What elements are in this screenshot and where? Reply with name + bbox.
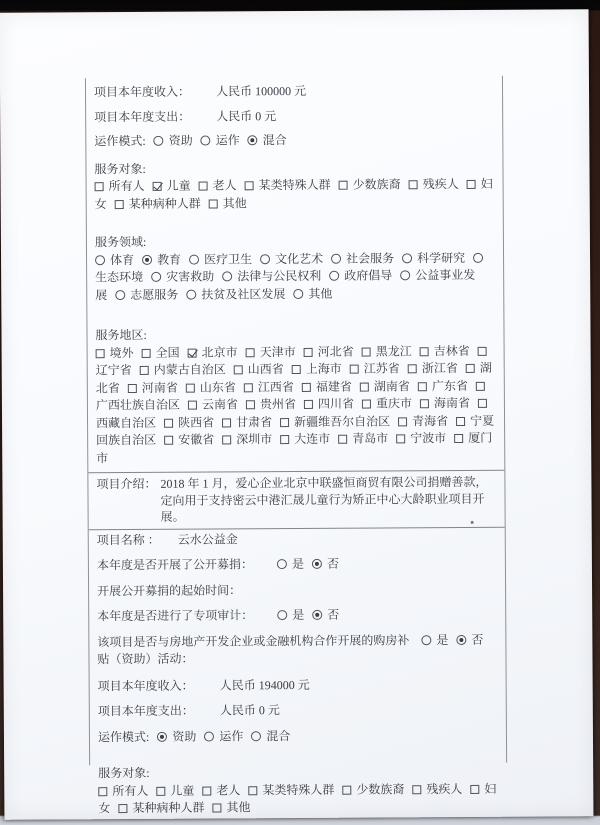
checkbox-option: 天津市 (246, 345, 296, 359)
radio-option: 否 (312, 608, 339, 622)
radio-option: 否 (312, 557, 339, 571)
checkbox-icon (95, 182, 104, 191)
checkbox-icon (412, 785, 421, 794)
income-label: 项目本年度收入： (98, 678, 194, 693)
option-label: 所有人 (112, 783, 148, 797)
checkbox-icon (188, 348, 197, 357)
checkbox-icon (408, 364, 417, 373)
radio-icon (421, 635, 431, 645)
checkbox-icon (304, 400, 313, 409)
option-label: 江西省 (258, 380, 294, 394)
checkbox-option: 江苏省 (350, 361, 400, 375)
checkbox-icon (302, 382, 311, 391)
radio-icon (157, 731, 167, 741)
housing-question-line2: 贴（资助）活动： (97, 649, 497, 669)
radio-option: 运作 (201, 133, 240, 147)
option-label: 体育 (110, 252, 134, 266)
operation-mode-row: 运作模式:资助运作混合 (98, 726, 498, 746)
option-label: 医疗卫生 (204, 252, 252, 266)
option-label: 混合 (263, 133, 287, 147)
checkbox-icon (234, 365, 243, 374)
option-label: 其他 (308, 286, 332, 300)
audit-options: 是否 (277, 608, 347, 622)
checkbox-icon (350, 365, 359, 374)
checkbox-icon (202, 786, 211, 795)
radio-option: 文化艺术 (260, 251, 323, 265)
radio-icon (260, 254, 270, 264)
project-name-value: 云水公益金 (178, 532, 238, 546)
paper: 项目本年度收入：人民币 100000 元 项目本年度支出：人民币 0 元 运作模… (0, 9, 593, 820)
service-targets-options: 所有人儿童老人某类特殊人群少数族裔残疾人妇女某种病种人群其他 (95, 176, 495, 213)
radio-icon (277, 610, 287, 620)
option-label: 青岛市 (352, 431, 388, 445)
checkbox-icon (454, 434, 463, 443)
option-label: 辽宁省 (96, 363, 132, 377)
checkbox-icon (470, 784, 479, 793)
radio-icon (204, 731, 214, 741)
radio-icon (251, 731, 261, 741)
project-name-row: 项目名称 ：云水公益金 (97, 529, 497, 549)
option-label: 灾害救助 (166, 270, 214, 284)
housing-question-label-line1: 该项目是否与房地产开发企业或金融机构合作开展的购房补 (97, 633, 409, 649)
radio-option: 政府倡导 (329, 268, 392, 282)
radio-icon (248, 135, 258, 145)
option-label: 残疾人 (423, 177, 459, 191)
checkbox-option: 少数族裔 (342, 782, 404, 796)
checkbox-icon (209, 199, 218, 208)
checkbox-icon (164, 418, 173, 427)
current-project-cell: 项目名称 ：云水公益金 本年度是否开展了公开募捐：是否 开展公开募捐的起始时间：… (89, 526, 507, 823)
option-label: 少数族裔 (356, 782, 404, 796)
scanned-page: { "colors": { "paper": "#f8fafd", "surro… (0, 0, 600, 825)
option-label: 否 (327, 557, 339, 571)
option-label: 儿童 (167, 179, 191, 193)
checkbox-icon (476, 381, 485, 390)
checkbox-icon (409, 180, 418, 189)
option-label: 社会服务 (346, 251, 394, 265)
option-label: 生态环境 (95, 270, 143, 284)
service-targets-options: 所有人儿童老人某类特殊人群少数族裔残疾人妇女某种病种人群其他 (98, 780, 498, 817)
fundraising-question-row: 本年度是否开展了公开募捐：是否 (97, 555, 497, 575)
radio-icon (142, 254, 152, 264)
radio-icon (402, 253, 412, 263)
option-label: 法律与公民权利 (237, 269, 321, 284)
radio-icon (186, 289, 196, 299)
checkbox-icon (142, 348, 151, 357)
checkbox-option: 上海市 (292, 362, 342, 376)
checkbox-icon (478, 346, 487, 355)
checkbox-option: 湖南省 (360, 379, 410, 393)
checkbox-option: 海南省 (420, 396, 470, 410)
expense-value: 人民币 0 元 (216, 109, 276, 123)
radio-icon (456, 634, 466, 644)
option-label: 科学研究 (417, 250, 465, 264)
checkbox-option: 宁波市 (396, 431, 446, 445)
expense-row: 项目本年度支出：人民币 0 元 (94, 106, 494, 126)
housing-options: 是否 (421, 632, 491, 646)
radio-option: 法律与公民权利 (222, 269, 321, 284)
checkbox-icon (96, 349, 105, 358)
option-label: 广西壮族自治区 (96, 398, 180, 413)
option-label: 天津市 (260, 345, 296, 359)
checkbox-option: 所有人 (95, 179, 145, 193)
option-label: 大连市 (294, 432, 330, 446)
checkbox-option: 深圳市 (222, 432, 272, 446)
checkbox-icon (245, 181, 254, 190)
option-label: 北京市 (202, 345, 238, 359)
income-value: 人民币 194000 元 (220, 677, 310, 692)
intro-text: 2018 年 1 月，爱心企业北京中联盛恒商贸有限公司捐赠善款，定向用于支持密云… (160, 474, 496, 526)
option-label: 江苏省 (364, 361, 400, 375)
option-label: 河北省 (318, 344, 354, 358)
checkbox-icon (128, 383, 137, 392)
option-label: 福建省 (316, 379, 352, 393)
option-label: 是 (292, 557, 304, 571)
radio-icon (293, 288, 303, 298)
intro-cell: 项目介绍： 2018 年 1 月，爱心企业北京中联盛恒商贸有限公司捐赠善款，定向… (88, 470, 504, 529)
operation-mode-row: 运作模式:资助运作混合 (94, 131, 494, 151)
option-label: 儿童 (170, 783, 194, 797)
option-label: 老人 (216, 783, 240, 797)
option-label: 文化艺术 (275, 251, 323, 265)
checkbox-icon (199, 182, 208, 191)
checkbox-option: 某种病种人群 (118, 801, 204, 816)
intro-label: 项目介绍： (96, 476, 160, 526)
option-label: 混合 (266, 729, 290, 743)
option-label: 境外 (110, 345, 134, 359)
option-label: 贵州省 (260, 397, 296, 411)
checkbox-option: 儿童 (153, 179, 191, 193)
project-name-label: 项目名称 ： (97, 532, 160, 546)
checkbox-option: 新疆维吾尔自治区 (280, 414, 390, 429)
checkbox-option: 内蒙古自治区 (140, 362, 226, 377)
checkbox-icon (362, 347, 371, 356)
radio-option: 扶贫及社区发展 (186, 287, 285, 302)
radio-icon (277, 559, 287, 569)
radio-icon (154, 136, 164, 146)
option-label: 四川省 (318, 397, 354, 411)
option-label: 湖南省 (374, 379, 410, 393)
checkbox-option: 老人 (202, 783, 240, 797)
radio-option: 灾害救助 (151, 270, 214, 284)
checkbox-icon (292, 365, 301, 374)
option-label: 内蒙古自治区 (154, 362, 226, 376)
checkbox-icon (248, 786, 257, 795)
option-label: 其他 (223, 196, 247, 210)
checkbox-option: 某种病种人群 (115, 196, 201, 211)
checkbox-option: 河南省 (128, 380, 178, 394)
option-label: 是 (436, 633, 448, 647)
checkbox-icon (456, 416, 465, 425)
radio-option: 教育 (142, 252, 181, 266)
checkbox-option: 某类特殊人群 (248, 782, 334, 797)
radio-option: 运作 (204, 729, 243, 743)
checkbox-option: 其他 (212, 800, 250, 814)
option-label: 资助 (169, 134, 193, 148)
radio-icon (400, 270, 410, 280)
fundraising-start-label: 开展公开募捐的起始时间： (97, 583, 241, 598)
checkbox-icon (188, 401, 197, 410)
checkbox-icon (339, 181, 348, 190)
income-row: 项目本年度收入：人民币 100000 元 (94, 82, 494, 102)
expense-row: 项目本年度支出：人民币 0 元 (98, 701, 498, 721)
checkbox-icon (246, 400, 255, 409)
checkbox-icon (164, 436, 173, 445)
checkbox-option: 黑龙江 (362, 344, 412, 358)
operation-mode-label: 运作模式: (98, 729, 149, 743)
operation-mode-options: 资助运作混合 (157, 728, 298, 743)
checkbox-option: 吉林省 (420, 343, 470, 357)
radio-option: 资助 (154, 134, 193, 148)
checkbox-option: 青岛市 (338, 431, 388, 445)
housing-question-row: 该项目是否与房地产开发企业或金融机构合作开展的购房补是否 (97, 631, 497, 651)
fundraising-question-label: 本年度是否开展了公开募捐： (97, 557, 253, 572)
option-label: 运作 (216, 133, 240, 147)
expense-label: 项目本年度支出： (94, 109, 190, 124)
checkbox-icon (360, 382, 369, 391)
radio-option: 体育 (95, 252, 134, 266)
option-label: 否 (471, 632, 483, 646)
option-label: 西藏自治区 (96, 415, 156, 429)
option-label: 山西省 (248, 362, 284, 376)
option-label: 云南省 (202, 397, 238, 411)
checkbox-icon (280, 435, 289, 444)
option-label: 吉林省 (434, 343, 470, 357)
checkbox-icon (153, 182, 162, 191)
checkbox-icon (304, 347, 313, 356)
checkbox-icon (186, 383, 195, 392)
checkbox-option: 甘肃省 (222, 415, 272, 429)
option-label: 少数族裔 (353, 177, 401, 191)
service-fields-options: 体育教育医疗卫生文化艺术社会服务科学研究生态环境灾害救助法律与公民权利政府倡导公… (95, 249, 495, 304)
checkbox-icon (396, 434, 405, 443)
income-value: 人民币 100000 元 (216, 84, 306, 99)
radio-option: 志愿服务 (115, 287, 178, 301)
radio-icon (329, 271, 339, 281)
income-row: 项目本年度收入：人民币 194000 元 (98, 675, 498, 695)
checkbox-option: 残疾人 (412, 781, 462, 795)
option-label: 某种病种人群 (132, 801, 204, 815)
option-label: 是 (292, 608, 304, 622)
income-label: 项目本年度收入： (94, 85, 190, 100)
scan-speck (471, 521, 474, 524)
option-label: 老人 (213, 178, 237, 192)
checkbox-option: 大连市 (280, 432, 330, 446)
option-label: 安徽省 (178, 433, 214, 447)
option-label: 甘肃省 (236, 415, 272, 429)
checkbox-option: 广东省 (418, 378, 468, 392)
radio-option: 其他 (293, 286, 332, 300)
option-label: 全国 (156, 345, 180, 359)
checkbox-icon (478, 399, 487, 408)
radio-option: 是 (277, 608, 304, 622)
prev-project-cell: 项目本年度收入：人民币 100000 元 项目本年度支出：人民币 0 元 运作模… (86, 76, 504, 473)
radio-icon (331, 253, 341, 263)
checkbox-icon (118, 804, 127, 813)
option-label: 河南省 (142, 380, 178, 394)
service-areas-options: 境外全国北京市天津市河北省黑龙江吉林省辽宁省内蒙古自治区山西省上海市江苏省浙江省… (96, 342, 497, 467)
option-label: 陕西省 (178, 415, 214, 429)
option-label: 重庆市 (376, 396, 412, 410)
option-label: 黑龙江 (376, 344, 412, 358)
expense-value: 人民币 0 元 (220, 703, 280, 717)
checkbox-option: 四川省 (304, 397, 354, 411)
checkbox-option: 全国 (142, 345, 180, 359)
option-label: 某种病种人群 (129, 196, 201, 210)
checkbox-icon (222, 435, 231, 444)
checkbox-option: 境外 (96, 345, 134, 359)
checkbox-option: 北京市 (188, 345, 238, 359)
checkbox-option: 山东省 (186, 380, 236, 394)
option-label: 残疾人 (426, 781, 462, 795)
checkbox-option: 山西省 (234, 362, 284, 376)
checkbox-icon (418, 382, 427, 391)
checkbox-option: 陕西省 (164, 415, 214, 429)
option-label: 资助 (172, 729, 196, 743)
checkbox-option: 残疾人 (409, 177, 459, 191)
radio-option: 医疗卫生 (189, 252, 252, 266)
radio-icon (201, 136, 211, 146)
radio-option: 科学研究 (402, 250, 465, 264)
form-table: 项目本年度收入：人民币 100000 元 项目本年度支出：人民币 0 元 运作模… (85, 76, 507, 766)
fundraising-options: 是否 (277, 557, 347, 571)
checkbox-icon (222, 418, 231, 427)
radio-option: 社会服务 (331, 251, 394, 265)
checkbox-option: 云南省 (188, 397, 238, 411)
option-label: 政府倡导 (344, 268, 392, 282)
checkbox-icon (467, 180, 476, 189)
option-label: 浙江省 (422, 361, 458, 375)
checkbox-icon (98, 787, 107, 796)
option-label: 山东省 (200, 380, 236, 394)
option-label: 某类特殊人群 (262, 782, 334, 796)
option-label: 志愿服务 (130, 287, 178, 301)
checkbox-icon (280, 418, 289, 427)
radio-icon (473, 252, 483, 262)
operation-mode-label: 运作模式: (94, 134, 145, 148)
expense-label: 项目本年度支出： (98, 704, 194, 719)
checkbox-icon (342, 785, 351, 794)
radio-icon (95, 255, 105, 265)
checkbox-option: 河北省 (304, 344, 354, 358)
checkbox-icon (398, 417, 407, 426)
radio-option: 否 (456, 632, 483, 646)
audit-question-row: 本年度是否进行了专项审计：是否 (97, 606, 497, 626)
option-label: 教育 (157, 252, 181, 266)
checkbox-icon (466, 364, 475, 373)
radio-icon (115, 290, 125, 300)
option-label: 广东省 (432, 378, 468, 392)
option-label: 运作 (219, 729, 243, 743)
fundraising-start-row: 开展公开募捐的起始时间： (97, 580, 497, 600)
checkbox-icon (338, 435, 347, 444)
radio-option: 是 (277, 557, 304, 571)
option-label: 否 (327, 608, 339, 622)
radio-option: 混合 (248, 133, 287, 147)
checkbox-option: 某类特殊人群 (245, 178, 331, 193)
checkbox-icon (244, 383, 253, 392)
checkbox-option: 江西省 (244, 380, 294, 394)
option-label: 上海市 (306, 362, 342, 376)
checkbox-icon (115, 200, 124, 209)
radio-icon (189, 254, 199, 264)
checkbox-option: 儿童 (156, 783, 194, 797)
operation-mode-options: 资助运作混合 (154, 133, 295, 148)
radio-icon (151, 272, 161, 282)
radio-option: 混合 (251, 729, 290, 743)
checkbox-option: 老人 (199, 178, 237, 192)
audit-question-label: 本年度是否进行了专项审计： (97, 608, 253, 623)
checkbox-icon (140, 366, 149, 375)
checkbox-option: 安徽省 (164, 433, 214, 447)
radio-icon (222, 271, 232, 281)
option-label: 某类特殊人群 (259, 178, 331, 192)
checkbox-option: 福建省 (302, 379, 352, 393)
checkbox-option: 所有人 (98, 783, 148, 797)
checkbox-option: 浙江省 (408, 361, 458, 375)
checkbox-option: 贵州省 (246, 397, 296, 411)
radio-option: 是 (421, 633, 448, 647)
checkbox-option: 其他 (209, 196, 247, 210)
option-label: 新疆维吾尔自治区 (294, 414, 390, 429)
option-label: 所有人 (109, 179, 145, 193)
checkbox-icon (212, 803, 221, 812)
radio-icon (312, 559, 322, 569)
option-label: 其他 (226, 800, 250, 814)
checkbox-option: 少数族裔 (339, 177, 401, 191)
checkbox-option: 青海省 (398, 414, 448, 428)
checkbox-icon (156, 786, 165, 795)
checkbox-icon (246, 348, 255, 357)
radio-option: 资助 (157, 729, 196, 743)
checkbox-option: 重庆市 (362, 396, 412, 410)
option-label: 海南省 (434, 396, 470, 410)
radio-icon (312, 610, 322, 620)
checkbox-icon (362, 400, 371, 409)
option-label: 深圳市 (236, 432, 272, 446)
option-label: 扶贫及社区发展 (201, 287, 285, 302)
checkbox-icon (420, 347, 429, 356)
option-label: 青海省 (412, 414, 448, 428)
checkbox-icon (420, 399, 429, 408)
option-label: 宁波市 (410, 431, 446, 445)
